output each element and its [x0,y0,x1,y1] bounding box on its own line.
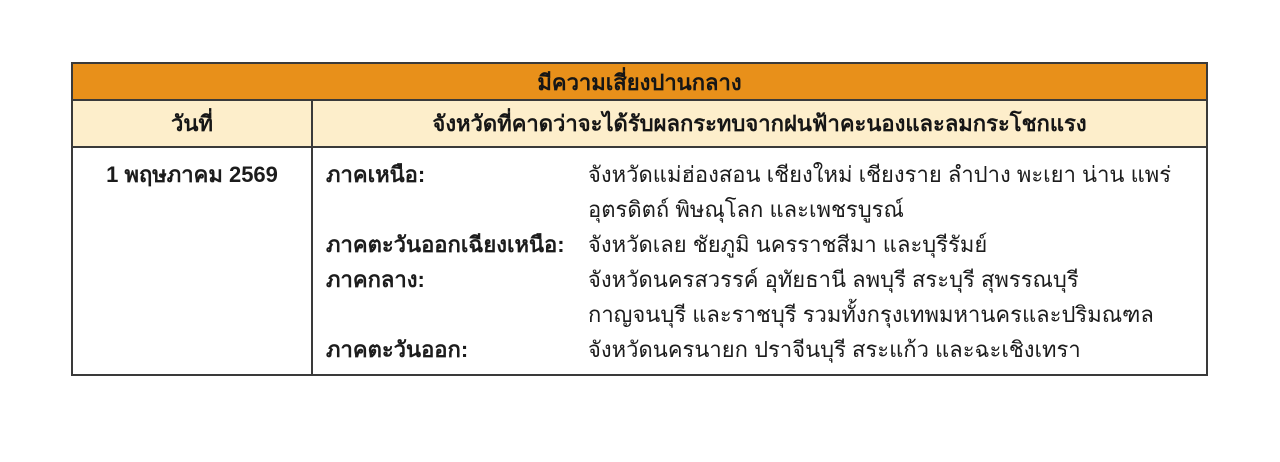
region-east-provinces: จังหวัดนครนายก ปราจีนบุรี สระแก้ว และฉะเ… [588,332,1196,367]
region-northeast-provinces: จังหวัดเลย ชัยภูมิ นครราชสีมา และบุรีรัม… [588,227,1196,262]
province-line: จังหวัดนครนายก ปราจีนบุรี สระแก้ว และฉะเ… [588,332,1196,367]
page: มีความเสี่ยงปานกลาง วันที่ จังหวัดที่คาด… [0,0,1280,462]
region-row-north: ภาคเหนือ: จังหวัดแม่ฮ่องสอน เชียงใหม่ เช… [326,157,1196,227]
province-line: จังหวัดนครสวรรค์ อุทัยธานี ลพบุรี สระบุร… [588,262,1196,297]
region-label-central: ภาคกลาง: [326,262,588,297]
region-label-northeast: ภาคตะวันออกเฉียงเหนือ: [326,227,588,262]
table-title: มีความเสี่ยงปานกลาง [537,70,741,94]
region-label-north: ภาคเหนือ: [326,157,588,192]
province-line: อุตรดิตถ์ พิษณุโลก และเพชรบูรณ์ [588,192,1196,227]
region-row-northeast: ภาคตะวันออกเฉียงเหนือ: จังหวัดเลย ชัยภูม… [326,227,1196,262]
region-north-provinces: จังหวัดแม่ฮ่องสอน เชียงใหม่ เชียงราย ลำป… [588,157,1196,227]
risk-table: มีความเสี่ยงปานกลาง วันที่ จังหวัดที่คาด… [71,62,1208,376]
table-body-row: 1 พฤษภาคม 2569 ภาคเหนือ: จังหวัดแม่ฮ่องส… [73,148,1206,374]
province-line: กาญจนบุรี และราชบุรี รวมทั้งกรุงเทพมหานค… [588,297,1196,332]
provinces-cell: ภาคเหนือ: จังหวัดแม่ฮ่องสอน เชียงใหม่ เช… [311,148,1206,374]
region-row-east: ภาคตะวันออก: จังหวัดนครนายก ปราจีนบุรี ส… [326,332,1196,367]
region-central-provinces: จังหวัดนครสวรรค์ อุทัยธานี ลพบุรี สระบุร… [588,262,1196,332]
province-line: จังหวัดแม่ฮ่องสอน เชียงใหม่ เชียงราย ลำป… [588,157,1196,192]
table-header-row: วันที่ จังหวัดที่คาดว่าจะได้รับผลกระทบจา… [73,101,1206,148]
column-header-date: วันที่ [73,101,311,146]
date-cell: 1 พฤษภาคม 2569 [73,148,311,374]
region-label-east: ภาคตะวันออก: [326,332,588,367]
province-line: จังหวัดเลย ชัยภูมิ นครราชสีมา และบุรีรัม… [588,227,1196,262]
table-title-row: มีความเสี่ยงปานกลาง [73,64,1206,101]
column-header-provinces: จังหวัดที่คาดว่าจะได้รับผลกระทบจากฝนฟ้าค… [311,101,1206,146]
region-row-central: ภาคกลาง: จังหวัดนครสวรรค์ อุทัยธานี ลพบุ… [326,262,1196,332]
